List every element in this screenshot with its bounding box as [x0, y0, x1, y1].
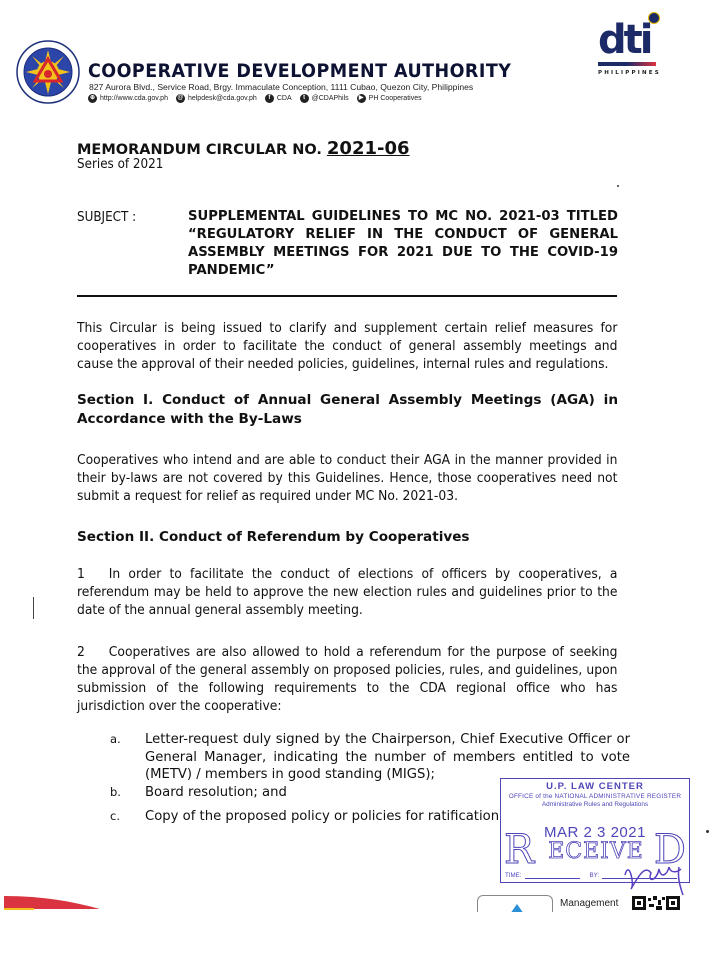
org-name: COOPERATIVE DEVELOPMENT AUTHORITY	[88, 60, 511, 82]
email-icon: @	[176, 94, 185, 103]
requirement-item: a. Letter-request duly signed by the Cha…	[110, 731, 630, 784]
memo-series: Series of 2021	[77, 157, 163, 172]
dti-stripe	[598, 62, 656, 66]
section-2-heading: Section II. Conduct of Referendum by Coo…	[77, 528, 618, 547]
section-1-text: Cooperatives who intend and are able to …	[77, 452, 617, 506]
section-2-item-2: 2Cooperatives are also allowed to hold a…	[77, 644, 617, 716]
dti-logo: dti PHILIPPINES	[596, 12, 666, 80]
contact-website[interactable]: ⊕ http://www.cda.gov.ph	[88, 94, 168, 103]
qr-code-icon	[632, 896, 680, 912]
divider	[77, 295, 617, 297]
management-label: Management	[560, 898, 618, 909]
signature-icon	[621, 845, 691, 895]
contact-facebook[interactable]: f CDA	[265, 94, 292, 103]
twitter-icon: t	[300, 94, 309, 103]
globe-icon: ⊕	[88, 94, 97, 103]
flag-stripe-decoration	[4, 896, 100, 910]
memo-title: MEMORANDUM CIRCULAR NO. 2021-06	[77, 138, 410, 159]
cda-seal-logo	[16, 40, 80, 104]
facebook-icon: f	[265, 94, 274, 103]
speck	[617, 185, 619, 187]
subject-label: SUBJECT :	[77, 210, 136, 225]
youtube-icon: ▶	[357, 94, 366, 103]
page-bottom-blank	[0, 912, 722, 978]
intro-paragraph: This Circular is being issued to clarify…	[77, 320, 617, 374]
contact-email[interactable]: @ helpdesk@cda.gov.ph	[176, 94, 257, 103]
speck	[706, 830, 709, 833]
memo-number: 2021-06	[327, 138, 410, 159]
org-address: 827 Aurora Blvd., Service Road, Brgy. Im…	[89, 82, 473, 92]
section-1-heading: Section I. Conduct of Annual General Ass…	[77, 391, 618, 429]
margin-mark	[33, 597, 34, 619]
contact-twitter[interactable]: t @CDAPhils	[300, 94, 349, 103]
section-2-item-1: 1In order to facilitate the conduct of e…	[77, 566, 617, 620]
contact-youtube[interactable]: ▶ PH Cooperatives	[357, 94, 422, 103]
received-stamp: U.P. LAW CENTER OFFICE of the NATIONAL A…	[500, 778, 690, 883]
subject-text: SUPPLEMENTAL GUIDELINES TO MC NO. 2021-0…	[188, 208, 618, 280]
contact-links: ⊕ http://www.cda.gov.ph @ helpdesk@cda.g…	[88, 94, 422, 103]
